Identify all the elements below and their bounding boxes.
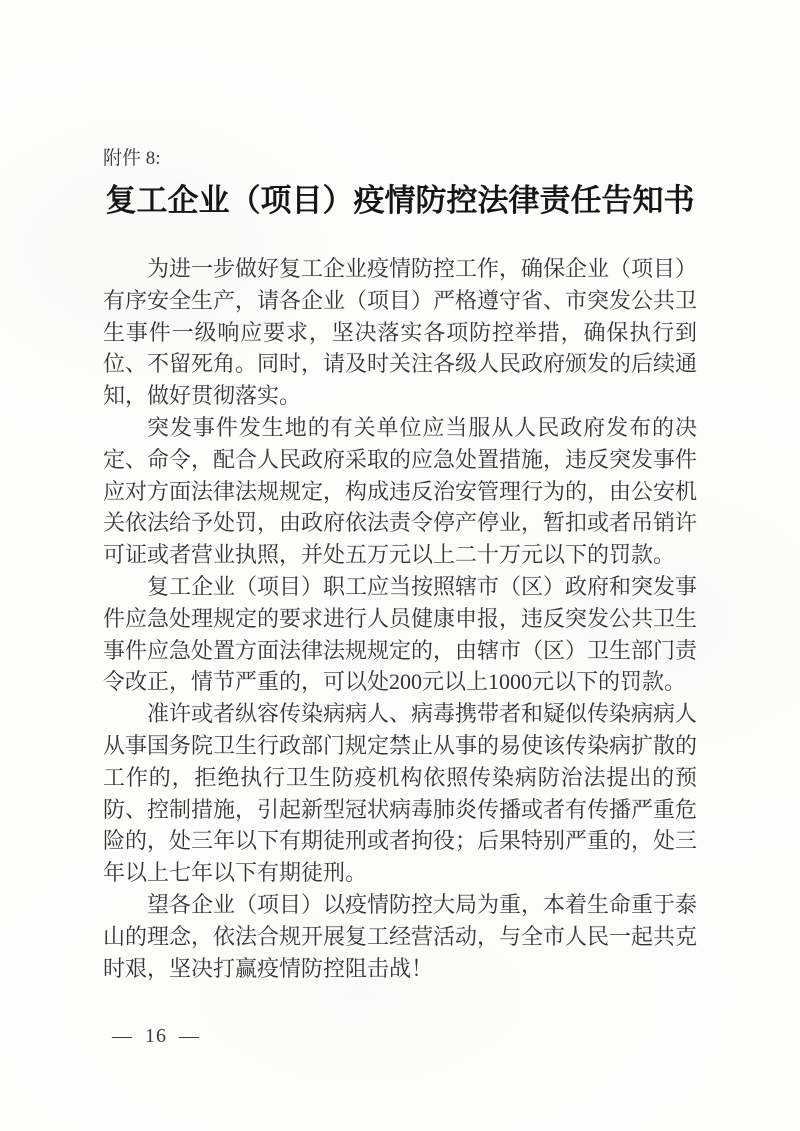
document-body: 为进一步做好复工企业疫情防控工作，确保企业（项目）有序安全生产，请各企业（项目）… [103,253,697,984]
attachment-label: 附件 8: [103,146,697,171]
paragraph-closing: 望各企业（项目）以疫情防控大局为重，本着生命重于泰山的理念，依法合规开展复工经营… [103,889,697,984]
paragraph-unit-obligations: 突发事件发生地的有关单位应当服从人民政府发布的决定、命令，配合人民政府采取的应急… [103,412,697,571]
paragraph-criminal-liability: 准许或者纵容传染病病人、病毒携带者和疑似传染病病人从事国务院卫生行政部门规定禁止… [103,698,697,889]
paragraph-employee-declaration: 复工企业（项目）职工应当按照辖市（区）政府和突发事件应急处理规定的要求进行人员健… [103,571,697,698]
page-number: — 16 — [112,1023,200,1049]
document-title: 复工企业（项目）疫情防控法律责任告知书 [103,180,697,222]
document-page: 附件 8: 复工企业（项目）疫情防控法律责任告知书 为进一步做好复工企业疫情防控… [0,0,800,1131]
paragraph-intro: 为进一步做好复工企业疫情防控工作，确保企业（项目）有序安全生产，请各企业（项目）… [103,253,697,412]
